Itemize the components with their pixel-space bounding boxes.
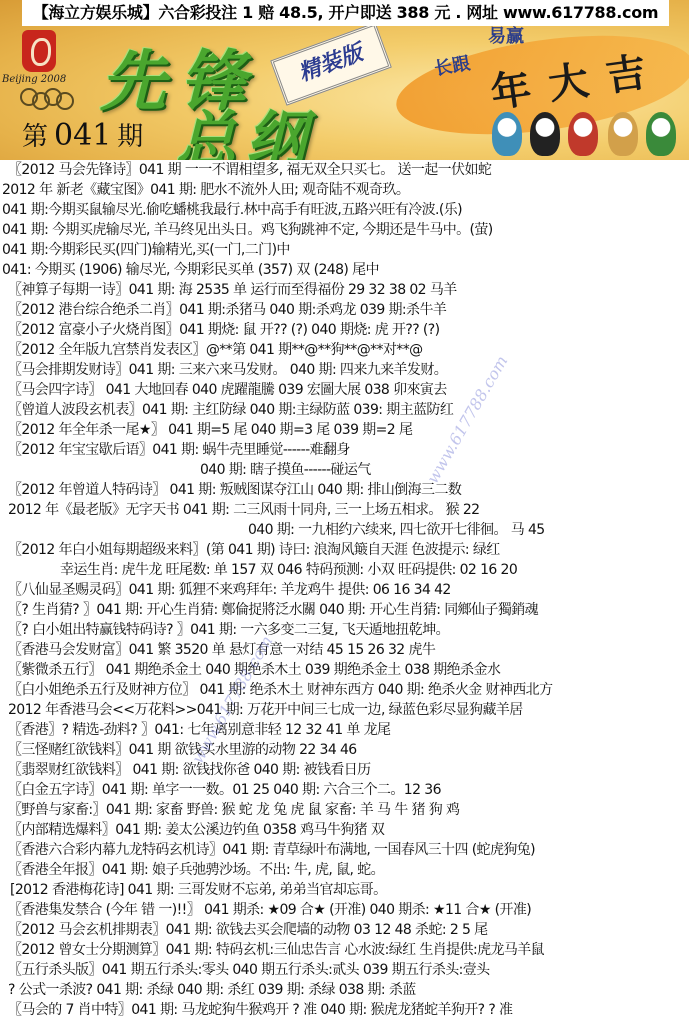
text-line: 〖五行杀头版〗041 期五行杀头:零头 040 期五行杀头:贰头 039 期五行…	[8, 960, 490, 980]
text-line: 〖香港全年报〗041 期: 娘子兵弛骋沙场。不出: 牛, 虎, 鼠, 蛇。	[8, 860, 384, 880]
logo-caption: Beijing 2008	[2, 74, 66, 85]
mascot-icon	[492, 112, 522, 156]
text-line: 2012 年《最老版》无字天书 041 期: 二三风雨十同舟, 三一上场五相求。…	[8, 500, 479, 520]
text-line: 〖2012 年曾道人特码诗〗 041 期: 叛贼图谋夺江山 040 期: 排山倒…	[8, 480, 461, 500]
text-line: 〖白金五字诗〗041 期: 单字一一数。01 25 040 期: 六合三个二。1…	[8, 780, 441, 800]
text-line: 〖2012 曾女士分期测算〗041 期: 特码玄机:三仙忠告言 心水波:绿红 生…	[8, 940, 544, 960]
issue-suffix: 期	[117, 122, 143, 152]
text-line: 〖八仙显圣赐灵码〗041 期: 狐狸不来鸡拜年: 羊龙鸡牛 提供: 06 16 …	[8, 580, 451, 600]
text-line: 2012 年香港马会<<万花料>>041 期: 万花开中间三七成一边, 绿蓝色彩…	[8, 700, 523, 720]
text-line: 041 期:今期彩民买(四门)输精光,买(一门,二门)中	[2, 240, 290, 260]
text-line: [2012 香港梅花诗] 041 期: 三哥发财不忘弟, 弟弟当官却忘哥。	[10, 880, 387, 900]
text-line: 〖马会排期发财诗〗041 期: 三来六来马发财。 040 期: 四来九来羊发财。	[8, 360, 447, 380]
text-line: 〖马会的 7 肖中特〗041 期: 马龙蛇狗牛猴鸡开 ? 准 040 期: 猴虎…	[8, 1000, 512, 1017]
text-line: 〖紫微杀五行〗 041 期绝杀金土 040 期绝杀木土 039 期绝杀金土 03…	[8, 660, 500, 680]
text-line: 040 期: 一九相约六续来, 四七欲开七徘徊。 马 45	[248, 520, 545, 540]
text-line: 〖2012 港台综合绝杀二肖〗041 期:杀猪马 040 期:杀鸡龙 039 期…	[8, 300, 446, 320]
text-line: 041 期: 今期买虎输尽光, 羊马终见出头日。鸡飞狗跳神不定, 今期还是牛马中…	[2, 220, 493, 240]
text-line: ? 公式一杀波? 041 期: 杀绿 040 期: 杀红 039 期: 杀绿 0…	[8, 980, 416, 1000]
text-line: 〖? 白小姐出特赢钱特码诗? 〗041 期: 一六多变二三复, 飞天遁地扭乾坤。	[8, 620, 449, 640]
text-line: 041 期:今期买鼠输尽光.偷吃蟠桃我最行.林中高手有旺波,五路兴旺有冷波.(乐…	[2, 200, 462, 220]
issue-value: 041	[54, 118, 111, 153]
text-line: 幸运生肖: 虎牛龙 旺尾数: 单 157 双 046 特码预测: 小双 旺码提供…	[60, 560, 517, 580]
text-line: 〖白小姐绝杀五行及财神方位〗 041 期: 绝杀木土 财神东西方 040 期: …	[8, 680, 552, 700]
issue-prefix: 第	[22, 122, 48, 152]
text-line: 〖香港〗? 精选-劲料? 〗041: 七年离别意非轻 12 32 41 单 龙尾	[8, 720, 390, 740]
issue-number: 第041期	[22, 116, 143, 153]
text-line: 〖2012 年宝宝歇后语〗041 期: 蜗牛壳里睡觉------难翻身	[8, 440, 350, 460]
text-line: 〖三怪赌红欲钱料〗041 期 欲钱买水里游的动物 22 34 46	[8, 740, 357, 760]
header-banner: Beijing 2008 先锋 总纲 精装版 第041期 易赢 长跟 年大吉 【…	[0, 0, 689, 160]
text-line: 〖2012 富豪小子火烧肖图〗041 期烧: 鼠 开?? (?) 040 期烧:…	[8, 320, 439, 340]
mascot-icon	[530, 112, 560, 156]
beijing-2008-emblem-icon	[22, 30, 56, 72]
mascots	[492, 112, 682, 158]
text-line: 〖马会四字诗〗 041 大地回春 040 虎躍龍騰 039 宏圖大展 038 卯…	[8, 380, 447, 400]
text-line: 〖野兽与家畜:〗041 期: 家畜 野兽: 猴 蛇 龙 兔 虎 鼠 家畜: 羊 …	[8, 800, 459, 820]
ad-banner-link[interactable]: 【海立方娱乐城】六合彩投注 1 赔 48.5, 开户即送 388 元 . 网址 …	[22, 0, 669, 26]
text-line: 〖2012 年全年杀一尾★〗 041 期=5 尾 040 期=3 尾 039 期…	[8, 420, 412, 440]
text-line: 〖香港马会发财富〗041 繁 3520 单 悬灯有意一对结 45 15 26 3…	[8, 640, 435, 660]
text-line: 〖内部精选爆料〗041 期: 姜太公溪边钓鱼 0358 鸡马牛狗猪 双	[8, 820, 384, 840]
text-line: 〖香港六合彩内幕九龙特码玄机诗〗041 期: 青草绿叶布满地, 一国春风三十四 …	[8, 840, 535, 860]
text-line: 〖神算子每期一诗〗041 期: 海 2535 单 运行而至得福份 29 32 3…	[8, 280, 457, 300]
olympic-rings-icon	[20, 88, 78, 110]
text-line: 〖? 生肖猜? 〗041 期: 开心生肖猜: 鄭倫捉將泛水關 040 期: 开心…	[8, 600, 538, 620]
text-line: 〖2012 年白小姐每期超级来料〗(第 041 期) 诗曰: 浪淘风簸自天涯 色…	[8, 540, 500, 560]
text-line: 〖曾道人波段玄机表〗041 期: 主红防绿 040 期:主绿防蓝 039: 期主…	[8, 400, 453, 420]
mascot-icon	[646, 112, 676, 156]
text-line: 〖2012 马会玄机排期表〗041 期: 欲钱去买会爬墙的动物 03 12 48…	[8, 920, 488, 940]
edition-badge: 精装版	[270, 22, 392, 105]
mascot-icon	[568, 112, 598, 156]
text-line: 040 期: 瞎子摸鱼------碰运气	[200, 460, 371, 480]
text-line: 〖2012 全年版九宫禁肖发表区〗@**第 041 期**@**狗**@**对*…	[8, 340, 423, 360]
text-line: 041: 今期买 (1906) 输尽光, 今期彩民买单 (357) 双 (248…	[2, 260, 379, 280]
text-line: 2012 年 新老《藏宝图》041 期: 肥水不流外人田; 观奇陆不观奇玖。	[2, 180, 409, 200]
text-line: 〖香港集发禁合 (今年 错 一)!!〗 041 期杀: ★09 合★ (开准) …	[8, 900, 531, 920]
text-line: 〖2012 马会先锋诗〗041 期 一一不谓相望多, 福无双全只买七。 送一起一…	[8, 160, 491, 180]
mascot-icon	[608, 112, 638, 156]
text-line: 〖翡翠财红欲钱料〗 041 期: 欲钱找你爸 040 期: 被钱看日历	[8, 760, 371, 780]
